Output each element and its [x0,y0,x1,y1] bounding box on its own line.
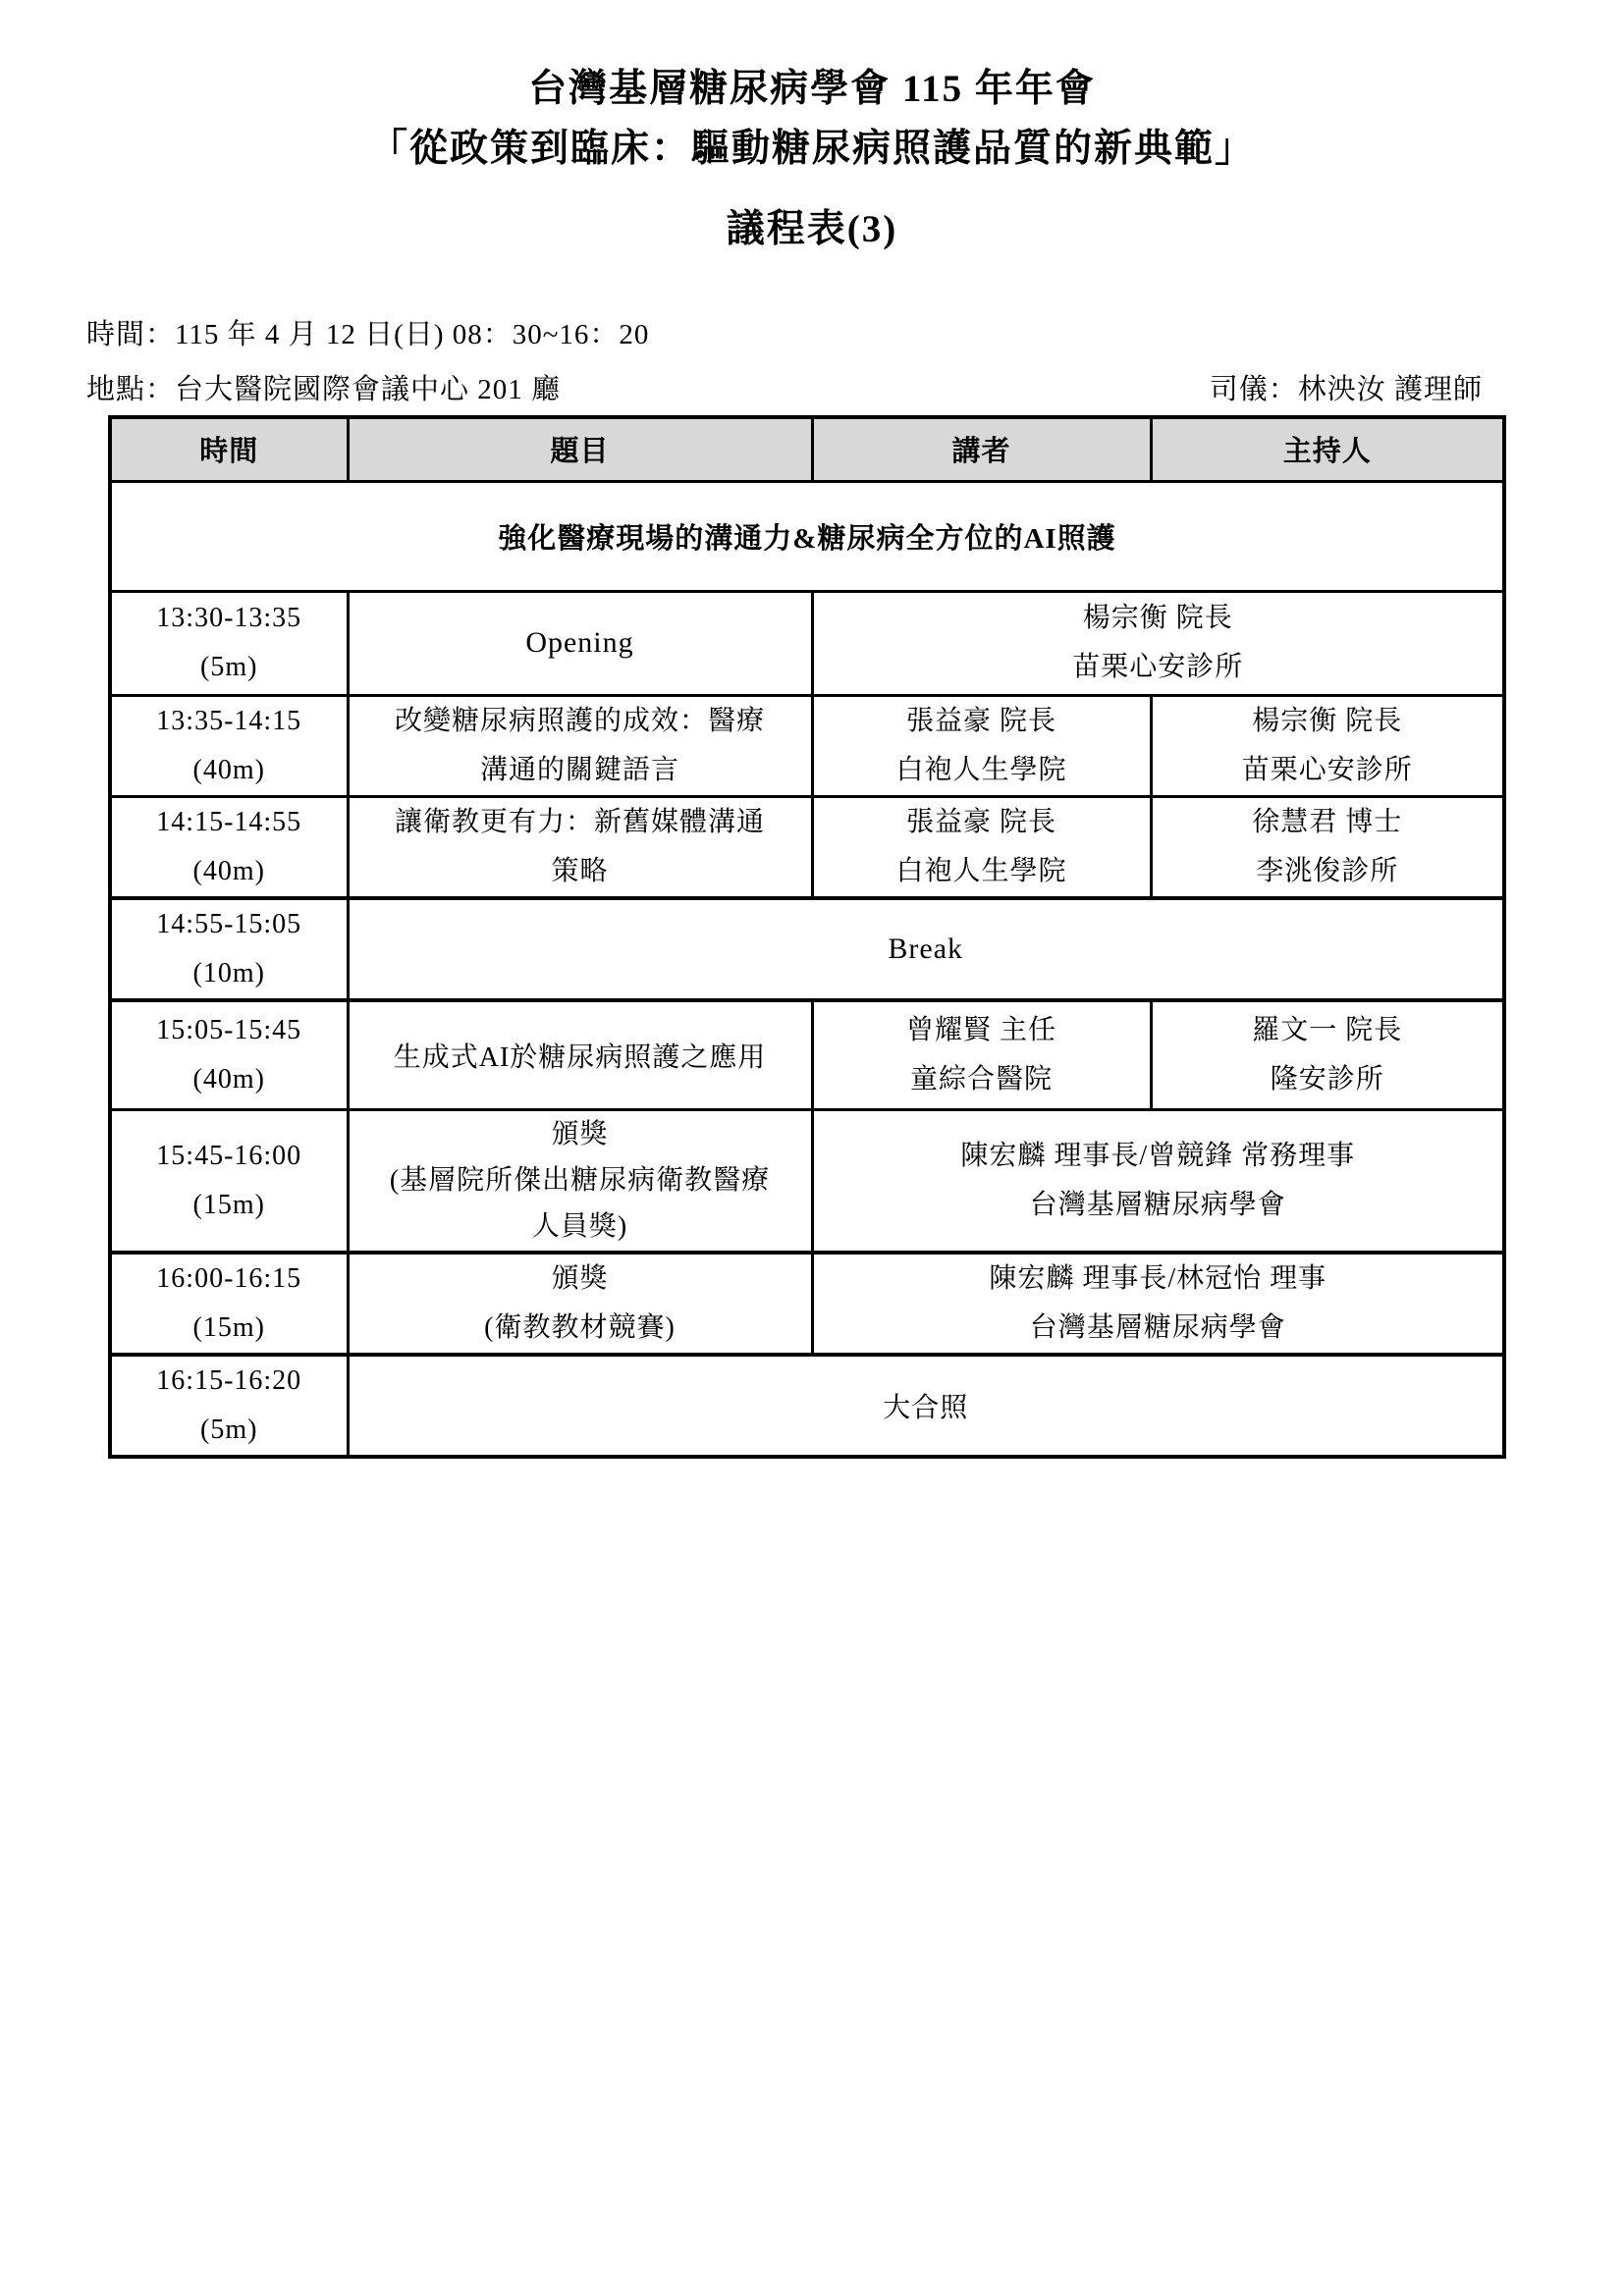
header-time: 時間 [110,417,348,481]
time-range: 16:15-16:20 [112,1357,347,1406]
speaker-cell: 張益豪 院長 白袍人生學院 [812,695,1151,796]
time-duration: (10m) [112,949,347,998]
topic-cell: 改變糖尿病照護的成效：醫療 溝通的關鍵語言 [348,695,812,796]
moderator-name: 楊宗衡 院長 [1153,697,1503,746]
agenda-table: 時間 題目 講者 主持人 強化醫療現場的溝通力&糖尿病全方位的AI照護 13:3… [108,415,1506,1459]
speaker-org: 白袍人生學院 [814,746,1150,795]
break-row: 14:55-15:05 (10m) Break [110,898,1504,1000]
time-duration: (5m) [112,1406,347,1455]
presenter-names: 陳宏麟 理事長/曾競鋒 常務理事 [814,1132,1503,1181]
speaker-name: 曾耀賢 主任 [814,1006,1150,1055]
info-mc: 司儀：林泱汝 護理師 [1210,367,1483,407]
time-duration: (15m) [112,1304,347,1353]
moderator-cell: 徐慧君 博士 李洮俊診所 [1151,796,1504,898]
section-title-row: 強化醫療現場的溝通力&糖尿病全方位的AI照護 [110,481,1504,591]
info-time-line: 時間：115 年 4 月 12 日(日) 08：30~16：20 [86,312,649,352]
time-range: 15:05-15:45 [112,1006,347,1055]
header-moderator: 主持人 [1151,417,1504,481]
topic-line: 溝通的關鍵語言 [350,746,811,795]
time-range: 14:15-14:55 [112,798,347,847]
time-cell: 13:30-13:35 (5m) [110,591,348,695]
topic-line: (衛教教材競賽) [350,1304,811,1353]
moderator-name: 羅文一 院長 [1153,1006,1503,1055]
time-duration: (40m) [112,746,347,795]
moderator-cell: 楊宗衡 院長 苗栗心安診所 [1151,695,1504,796]
photo-row: 16:15-16:20 (5m) 大合照 [110,1355,1504,1457]
title-line-1: 台灣基層糖尿病學會 115 年年會 [0,59,1624,119]
speaker-cell: 張益豪 院長 白袍人生學院 [812,796,1151,898]
speaker-cell: 曾耀賢 主任 童綜合醫院 [812,1000,1151,1109]
time-range: 13:30-13:35 [112,594,347,643]
time-duration: (40m) [112,1055,347,1104]
speaker-org: 白袍人生學院 [814,847,1150,896]
time-cell: 14:55-15:05 (10m) [110,898,348,1000]
break-cell: Break [348,898,1504,1000]
document-title-block: 台灣基層糖尿病學會 115 年年會 「從政策到臨床：驅動糖尿病照護品質的新典範」… [0,59,1624,259]
topic-line: 人員獎) [350,1203,811,1250]
topic-cell: 頒獎 (基層院所傑出糖尿病衛教醫療 人員獎) [348,1109,812,1253]
speaker-name: 張益豪 院長 [814,798,1150,847]
topic-cell: 頒獎 (衛教教材競賽) [348,1253,812,1355]
moderator-org: 隆安診所 [1153,1055,1503,1104]
title-line-3: 議程表(3) [0,199,1624,259]
time-cell: 16:00-16:15 (15m) [110,1253,348,1355]
time-range: 15:45-16:00 [112,1132,347,1181]
moderator-name: 徐慧君 博士 [1153,798,1503,847]
topic-line: 讓衛教更有力：新舊媒體溝通 [350,798,811,847]
time-duration: (15m) [112,1181,347,1230]
topic-cell: Opening [348,591,812,695]
time-cell: 15:05-15:45 (40m) [110,1000,348,1109]
group-photo-cell: 大合照 [348,1355,1504,1457]
info-place-line: 地點：台大醫院國際會議中心 201 廳 司儀：林泱汝 護理師 [86,367,1483,407]
merged-presenter-cell: 陳宏麟 理事長/林冠怡 理事 台灣基層糖尿病學會 [812,1253,1504,1355]
table-row: 13:30-13:35 (5m) Opening 楊宗衡 院長 苗栗心安診所 [110,591,1504,695]
topic-line: 頒獎 [350,1255,811,1304]
merged-speaker-cell: 楊宗衡 院長 苗栗心安診所 [812,591,1504,695]
topic-line: (基層院所傑出糖尿病衛教醫療 [350,1157,811,1203]
title-line-2: 「從政策到臨床：驅動糖尿病照護品質的新典範」 [0,119,1624,179]
award-row: 16:00-16:15 (15m) 頒獎 (衛教教材競賽) 陳宏麟 理事長/林冠… [110,1253,1504,1355]
table-header-row: 時間 題目 講者 主持人 [110,417,1504,481]
header-topic: 題目 [348,417,812,481]
time-duration: (5m) [112,643,347,692]
topic-cell: 生成式AI於糖尿病照護之應用 [348,1000,812,1109]
moderator-org: 李洮俊診所 [1153,847,1503,896]
header-speaker: 講者 [812,417,1151,481]
time-range: 14:55-15:05 [112,900,347,949]
time-duration: (40m) [112,847,347,896]
speaker-name: 楊宗衡 院長 [814,594,1503,643]
merged-presenter-cell: 陳宏麟 理事長/曾競鋒 常務理事 台灣基層糖尿病學會 [812,1109,1504,1253]
moderator-cell: 羅文一 院長 隆安診所 [1151,1000,1504,1109]
speaker-name: 張益豪 院長 [814,697,1150,746]
time-cell: 13:35-14:15 (40m) [110,695,348,796]
time-cell: 16:15-16:20 (5m) [110,1355,348,1457]
speaker-org: 童綜合醫院 [814,1055,1150,1104]
topic-line: 頒獎 [350,1111,811,1157]
time-cell: 14:15-14:55 (40m) [110,796,348,898]
moderator-org: 苗栗心安診所 [1153,746,1503,795]
presenter-org: 台灣基層糖尿病學會 [814,1181,1503,1230]
topic-line: 策略 [350,847,811,896]
award-row: 15:45-16:00 (15m) 頒獎 (基層院所傑出糖尿病衛教醫療 人員獎)… [110,1109,1504,1253]
time-cell: 15:45-16:00 (15m) [110,1109,348,1253]
speaker-org: 苗栗心安診所 [814,643,1503,692]
time-range: 16:00-16:15 [112,1255,347,1304]
info-place: 地點：台大醫院國際會議中心 201 廳 [86,367,561,407]
topic-line: 改變糖尿病照護的成效：醫療 [350,697,811,746]
presenter-org: 台灣基層糖尿病學會 [814,1304,1503,1353]
table-row: 14:15-14:55 (40m) 讓衛教更有力：新舊媒體溝通 策略 張益豪 院… [110,796,1504,898]
topic-cell: 讓衛教更有力：新舊媒體溝通 策略 [348,796,812,898]
table-row: 15:05-15:45 (40m) 生成式AI於糖尿病照護之應用 曾耀賢 主任 … [110,1000,1504,1109]
time-range: 13:35-14:15 [112,697,347,746]
table-row: 13:35-14:15 (40m) 改變糖尿病照護的成效：醫療 溝通的關鍵語言 … [110,695,1504,796]
section-title: 強化醫療現場的溝通力&糖尿病全方位的AI照護 [110,481,1504,591]
presenter-names: 陳宏麟 理事長/林冠怡 理事 [814,1255,1503,1304]
